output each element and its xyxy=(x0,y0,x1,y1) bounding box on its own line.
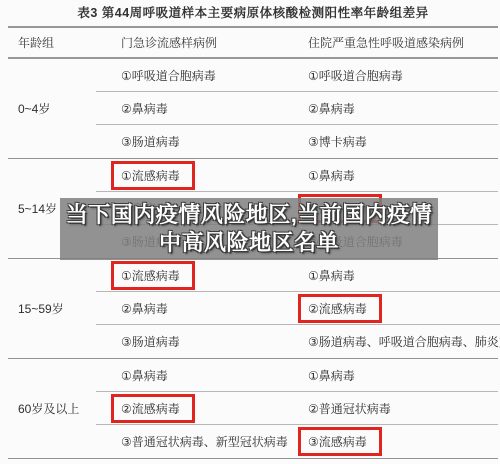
virus-label: ①鼻病毒 xyxy=(308,267,355,284)
outpatient-virus-cell: ②流感病毒 xyxy=(96,392,286,425)
outpatient-virus-cell: ②鼻病毒 xyxy=(96,92,286,125)
column-header-outpatient-ili-cases: 门急诊流感样病例 xyxy=(96,34,286,51)
inpatient-virus-cell: ①鼻病毒 xyxy=(286,359,498,392)
highlight-box: ①流感病毒 xyxy=(111,161,195,190)
screenshot-page: 表3 第44周呼吸道样本主要病原体核酸检测阳性率年龄组差异 年龄组 门急诊流感样… xyxy=(0,0,500,464)
outpatient-virus-cell: ①流感病毒 xyxy=(96,159,286,192)
inpatient-virus-cell: ②鼻病毒 xyxy=(286,92,498,125)
inpatient-virus-cell: ①呼吸道合胞病毒 xyxy=(286,59,498,92)
outpatient-virus-cell: ③肠道病毒 xyxy=(96,325,286,358)
outpatient-virus-cell: ①流感病毒 xyxy=(96,259,286,292)
virus-label: ③肠道病毒、呼吸道合胞病毒、肺炎支原体 xyxy=(308,333,500,350)
table-header-row: 年龄组 门急诊流感样病例 住院严重急性呼吸道感染病例 xyxy=(8,26,498,59)
virus-label: ①呼吸道合胞病毒 xyxy=(121,67,216,84)
virus-label: ①呼吸道合胞病毒 xyxy=(308,67,403,84)
inpatient-virus-cell: ③肠道病毒、呼吸道合胞病毒、肺炎支原体 xyxy=(286,325,500,358)
overlay-text-line-2: 中高风险地区名单 xyxy=(159,229,339,257)
virus-label: ①鼻病毒 xyxy=(308,167,355,184)
virus-label: ②鼻病毒 xyxy=(121,300,168,317)
outpatient-virus-cell: ①鼻病毒 xyxy=(96,359,286,392)
virus-label: ③肠道病毒 xyxy=(121,333,180,350)
outpatient-virus-cell: ①呼吸道合胞病毒 xyxy=(96,59,286,92)
age-group-label: 0~4岁 xyxy=(8,59,96,158)
highlight-box: ③流感病毒 xyxy=(298,427,382,456)
virus-label: ②普通冠状病毒 xyxy=(308,400,391,417)
virus-label: ①鼻病毒 xyxy=(308,367,355,384)
age-group-label: 60岁及以上 xyxy=(8,359,96,458)
virus-label: ②鼻病毒 xyxy=(308,100,355,117)
virus-label: ③肠道病毒 xyxy=(121,133,180,150)
age-group-row: 60岁及以上①鼻病毒②流感病毒③普通冠状病毒、新型冠状病毒①鼻病毒②普通冠状病毒… xyxy=(8,359,498,459)
overlay-banner: 当下国内疫情风险地区,当前国内疫情 中高风险地区名单 xyxy=(60,198,438,260)
table-title: 表3 第44周呼吸道样本主要病原体核酸检测阳性率年龄组差异 xyxy=(8,0,498,26)
outpatient-virus-cell: ③普通冠状病毒、新型冠状病毒 xyxy=(96,425,286,458)
inpatient-virus-cell: ②普通冠状病毒 xyxy=(286,392,498,425)
age-group-row: 15~59岁①流感病毒②鼻病毒③肠道病毒①鼻病毒②流感病毒③肠道病毒、呼吸道合胞… xyxy=(8,259,498,359)
virus-label: ②鼻病毒 xyxy=(121,100,168,117)
highlight-box: ②流感病毒 xyxy=(111,394,195,423)
inpatient-virus-cell: ③博卡病毒 xyxy=(286,125,498,158)
column-header-age-group: 年龄组 xyxy=(8,34,96,51)
age-group-label: 15~59岁 xyxy=(8,259,96,358)
inpatient-virus-cell: ③流感病毒 xyxy=(286,425,498,458)
inpatient-virus-cell: ②流感病毒 xyxy=(286,292,500,325)
inpatient-virus-cell: ①鼻病毒 xyxy=(286,259,500,292)
virus-label: ①鼻病毒 xyxy=(121,367,168,384)
age-group-row: 0~4岁①呼吸道合胞病毒②鼻病毒③肠道病毒①呼吸道合胞病毒②鼻病毒③博卡病毒 xyxy=(8,59,498,159)
highlight-box: ①流感病毒 xyxy=(111,261,195,290)
virus-label: ③博卡病毒 xyxy=(308,133,367,150)
inpatient-virus-cell: ①鼻病毒 xyxy=(286,159,498,192)
outpatient-virus-cell: ③肠道病毒 xyxy=(96,125,286,158)
outpatient-virus-cell: ②鼻病毒 xyxy=(96,292,286,325)
virus-label: ③普通冠状病毒、新型冠状病毒 xyxy=(121,433,288,450)
highlight-box: ②流感病毒 xyxy=(298,294,382,323)
overlay-text-line-1: 当下国内疫情风险地区,当前国内疫情 xyxy=(66,201,433,229)
column-header-hospitalized-sari-cases: 住院严重急性呼吸道感染病例 xyxy=(286,34,498,51)
